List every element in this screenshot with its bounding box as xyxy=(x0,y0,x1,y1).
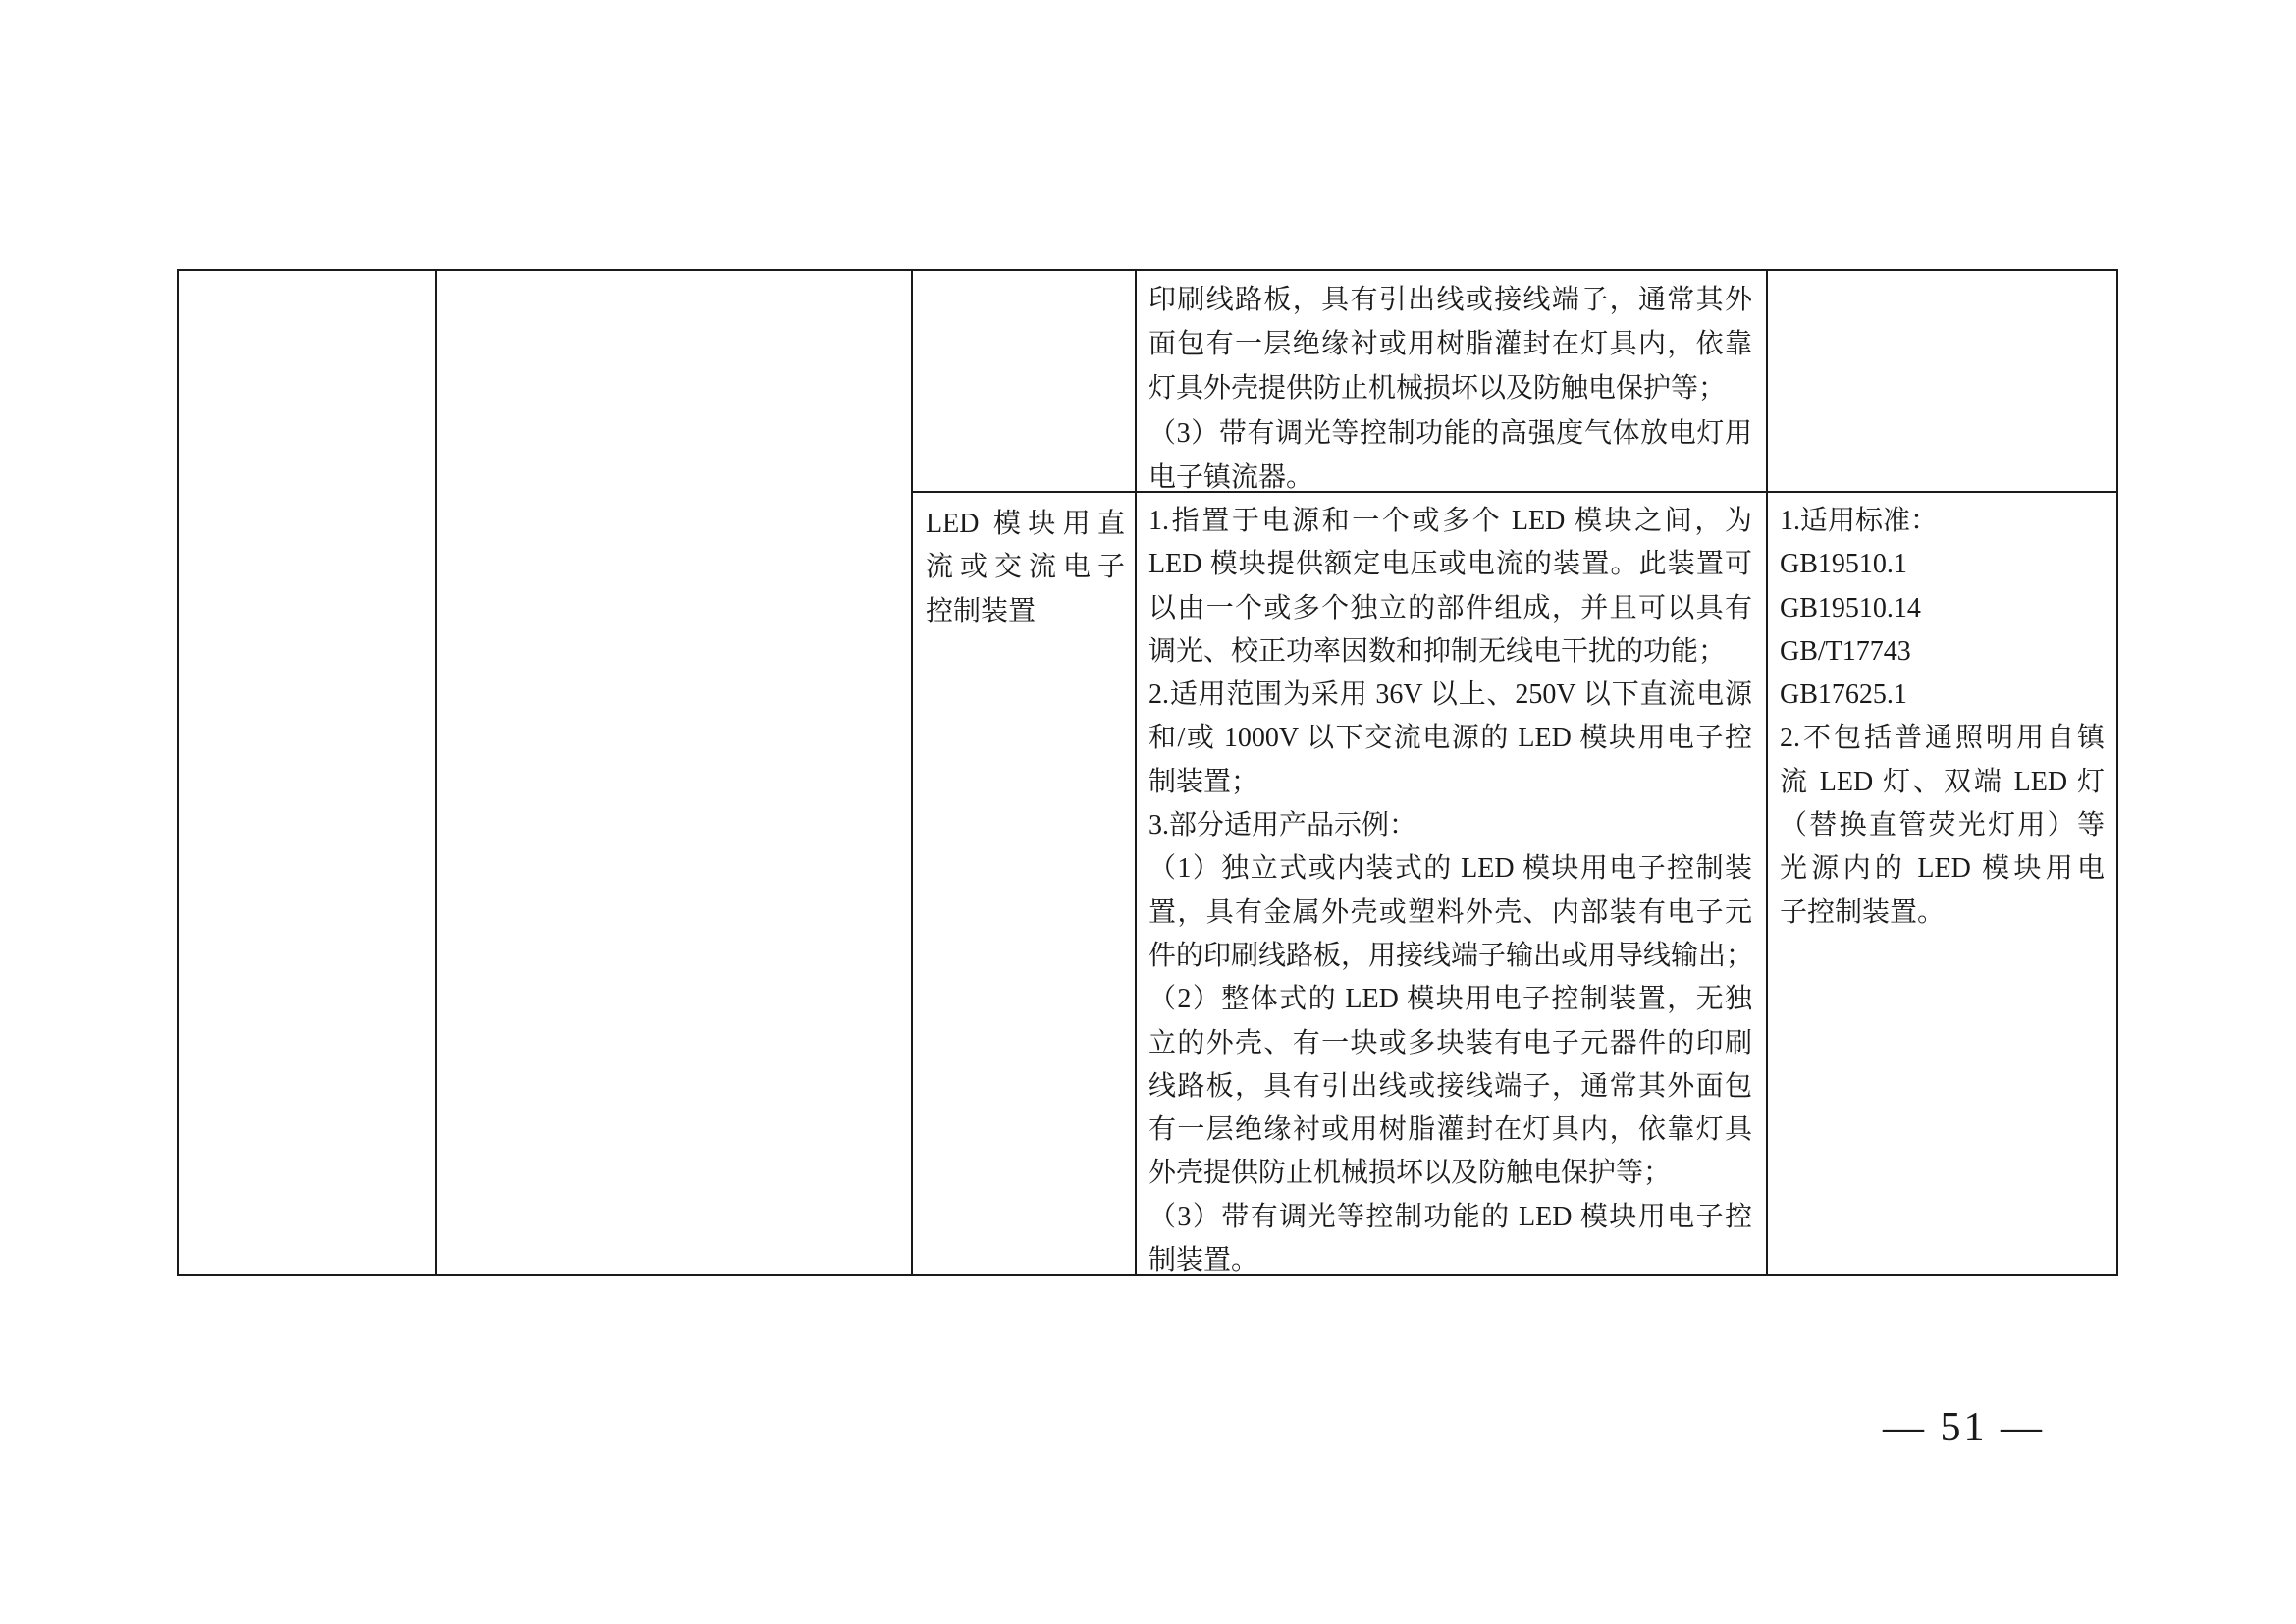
text-line: 件的印刷线路板，用接线端子输出或用导线输出； xyxy=(1148,935,1752,978)
page-number: — 51 — xyxy=(1883,1407,2045,1448)
table-cell-row1-standards xyxy=(1768,271,2116,493)
text-line: （替换直管荧光灯用）等 xyxy=(1780,804,2105,847)
text-line: （3）带有调光等控制功能的高强度气体放电灯用 xyxy=(1148,411,1752,456)
text-line: （1）独立式或内装式的 LED 模块用电子控制装 xyxy=(1148,847,1752,891)
table-cell-row2-description: 1.指置于电源和一个或多个 LED 模块之间，为 LED 模块提供额定电压或电流… xyxy=(1137,493,1768,1274)
table-cell-col2-merged xyxy=(437,271,913,1274)
text-line: 立的外壳、有一块或多块装有电子元器件的印刷 xyxy=(1148,1022,1752,1065)
table-cell-row1-product-name xyxy=(913,271,1137,493)
text-line: 线路板，具有引出线或接线端子，通常其外面包 xyxy=(1148,1065,1752,1109)
text-line: GB19510.1 xyxy=(1780,543,2105,586)
text-line: 有一层绝缘衬或用树脂灌封在灯具内，依靠灯具 xyxy=(1148,1109,1752,1152)
table-cell-row2-product-name: LED 模块用直 流或交流电子 控制装置 xyxy=(913,493,1137,1274)
text-line: GB19510.14 xyxy=(1780,587,2105,630)
table-cell-row1-description: 印刷线路板，具有引出线或接线端子，通常其外 面包有一层绝缘衬或用树脂灌封在灯具内… xyxy=(1137,271,1768,493)
text-line: LED 模块用直 xyxy=(926,503,1125,546)
text-line: 电子镇流器。 xyxy=(1148,456,1752,493)
text-line: 2.适用范围为采用 36V 以上、250V 以下直流电源 xyxy=(1148,674,1752,717)
text-line: 制装置。 xyxy=(1148,1239,1752,1274)
text-line: 灯具外壳提供防止机械损坏以及防触电保护等； xyxy=(1148,366,1752,410)
document-page: 印刷线路板，具有引出线或接线端子，通常其外 面包有一层绝缘衬或用树脂灌封在灯具内… xyxy=(0,0,2296,1624)
text-line: 外壳提供防止机械损坏以及防触电保护等； xyxy=(1148,1152,1752,1195)
text-line: 流 LED 灯、双端 LED 灯 xyxy=(1780,761,2105,804)
text-line: GB17625.1 xyxy=(1780,674,2105,717)
text-line: 面包有一层绝缘衬或用树脂灌封在灯具内，依靠 xyxy=(1148,322,1752,366)
text-line: （2）整体式的 LED 模块用电子控制装置，无独 xyxy=(1148,978,1752,1021)
table-cell-col1-merged xyxy=(179,271,437,1274)
text-line: 以由一个或多个独立的部件组成，并且可以具有 xyxy=(1148,587,1752,630)
text-line: （3）带有调光等控制功能的 LED 模块用电子控 xyxy=(1148,1196,1752,1239)
text-line: 印刷线路板，具有引出线或接线端子，通常其外 xyxy=(1148,278,1752,322)
content-table: 印刷线路板，具有引出线或接线端子，通常其外 面包有一层绝缘衬或用树脂灌封在灯具内… xyxy=(177,269,2118,1276)
text-line: 1.指置于电源和一个或多个 LED 模块之间，为 xyxy=(1148,500,1752,543)
text-line: 置，具有金属外壳或塑料外壳、内部装有电子元 xyxy=(1148,892,1752,935)
text-line: 2.不包括普通照明用自镇 xyxy=(1780,717,2105,760)
text-line: 光源内的 LED 模块用电 xyxy=(1780,847,2105,891)
text-line: LED 模块提供额定电压或电流的装置。此装置可 xyxy=(1148,543,1752,586)
text-line: 调光、校正功率因数和抑制无线电干扰的功能； xyxy=(1148,630,1752,674)
text-line: 流或交流电子 xyxy=(926,546,1125,589)
text-line: 制装置； xyxy=(1148,761,1752,804)
text-line: 子控制装置。 xyxy=(1780,892,2105,935)
text-line: GB/T17743 xyxy=(1780,630,2105,674)
text-line: 1.适用标准： xyxy=(1780,500,2105,543)
text-line: 3.部分适用产品示例： xyxy=(1148,804,1752,847)
text-line: 控制装置 xyxy=(926,590,1125,633)
table-cell-row2-standards: 1.适用标准： GB19510.1 GB19510.14 GB/T17743 G… xyxy=(1768,493,2116,1274)
text-line: 和/或 1000V 以下交流电源的 LED 模块用电子控 xyxy=(1148,717,1752,760)
